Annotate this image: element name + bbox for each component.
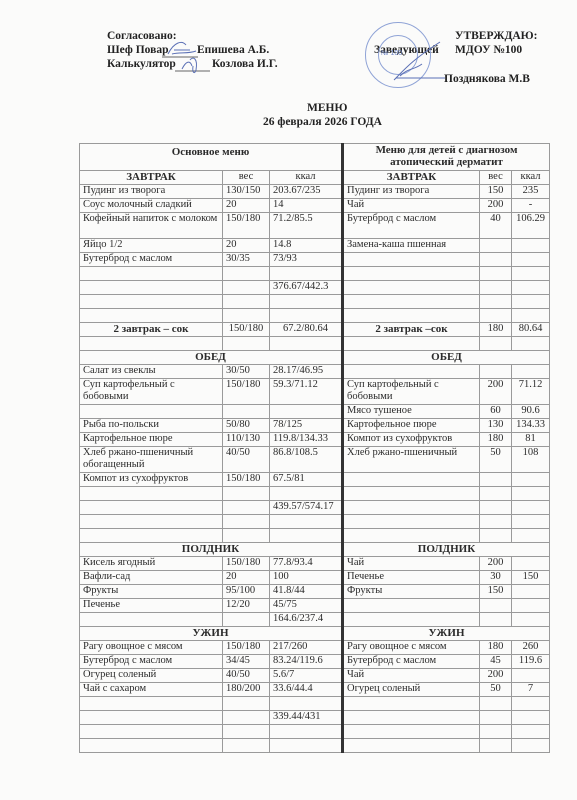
dish-name-diet <box>343 365 480 379</box>
menu-table: Основное меню Меню для детей с диагнозом… <box>79 143 550 753</box>
weight-value-main: 150/180 <box>223 213 270 239</box>
weight-value-main <box>223 697 270 711</box>
weight-value-main <box>223 267 270 281</box>
section-heading-dinner-main: УЖИН <box>80 627 343 641</box>
kcal-value-main: 5.6/7 <box>270 669 343 683</box>
dish-name-main: Чай с сахаром <box>80 683 223 697</box>
weight-value-diet <box>480 267 512 281</box>
kcal-value-diet: 71.12 <box>512 379 550 405</box>
weight-value-main: 130/150 <box>223 185 270 199</box>
weight-value-diet: 40 <box>480 213 512 239</box>
kcal-value-main: 67.5/81 <box>270 473 343 487</box>
weight-value-diet: 200 <box>480 199 512 213</box>
chef-signature-icon <box>160 36 220 76</box>
weight-value-diet <box>480 613 512 627</box>
kcal-value-diet <box>512 309 550 323</box>
kcal-value-diet <box>512 487 550 501</box>
dish-name-main <box>80 309 223 323</box>
kcal-value-main: 100 <box>270 571 343 585</box>
dish-name-main <box>80 725 223 739</box>
kcal-value-main <box>270 515 343 529</box>
dish-name-diet: 2 завтрак –сок <box>343 323 480 337</box>
table-row: Яйцо 1/22014.8Замена-каша пшенная <box>80 239 550 253</box>
weight-value-main <box>223 515 270 529</box>
table-row: Салат из свеклы30/5028.17/46.95 <box>80 365 550 379</box>
dish-name-diet: Чай <box>343 557 480 571</box>
section-heading-dinner-diet: УЖИН <box>343 627 550 641</box>
table-row: Рагу овощное с мясом150/180217/260Рагу о… <box>80 641 550 655</box>
table-row <box>80 725 550 739</box>
weight-value-diet <box>480 739 512 753</box>
table-row: УЖИНУЖИН <box>80 627 550 641</box>
table-row: Бутерброд с маслом30/3573/93 <box>80 253 550 267</box>
table-row: Мясо тушеное6090.6 <box>80 405 550 419</box>
kcal-value-main <box>270 725 343 739</box>
kcal-value-main: 439.57/574.17 <box>270 501 343 515</box>
kcal-value-diet: 134.33 <box>512 419 550 433</box>
kcal-value-diet: 150 <box>512 571 550 585</box>
table-row <box>80 697 550 711</box>
weight-value-diet <box>480 711 512 725</box>
kcal-value-main: 339.44/431 <box>270 711 343 725</box>
table-row: Огурец соленый40/505.6/7Чай200 <box>80 669 550 683</box>
kcal-value-diet <box>512 515 550 529</box>
table-row: Соус молочный сладкий2014Чай200- <box>80 199 550 213</box>
weight-value-diet <box>480 697 512 711</box>
weight-value-main: 50/80 <box>223 419 270 433</box>
dish-name-main: Вафли-сад <box>80 571 223 585</box>
kcal-value-diet: 260 <box>512 641 550 655</box>
table-row: Компот из сухофруктов150/18067.5/81 <box>80 473 550 487</box>
weight-value-diet <box>480 239 512 253</box>
table-row <box>80 487 550 501</box>
dish-name-diet: Бутерброд с маслом <box>343 655 480 669</box>
weight-value-main: 20 <box>223 199 270 213</box>
weight-value-main: 40/50 <box>223 669 270 683</box>
diet-menu-title: Меню для детей с диагнозом атопический д… <box>343 144 550 171</box>
kcal-value-diet <box>512 697 550 711</box>
dish-name-main <box>80 515 223 529</box>
table-row: Рыба по-польски50/8078/125Картофельное п… <box>80 419 550 433</box>
weight-value-diet <box>480 725 512 739</box>
kcal-value-diet: 81 <box>512 433 550 447</box>
dish-name-diet: Хлеб ржано-пшеничный <box>343 447 480 473</box>
weight-value-main: 150/180 <box>223 379 270 405</box>
weight-value-diet: 200 <box>480 379 512 405</box>
dish-name-diet <box>343 697 480 711</box>
dish-name-main <box>80 529 223 543</box>
kcal-value-main <box>270 697 343 711</box>
kcal-value-main <box>270 487 343 501</box>
weight-value-diet: 200 <box>480 557 512 571</box>
table-row: Печенье12/2045/75 <box>80 599 550 613</box>
kcal-value-main <box>270 529 343 543</box>
kcal-value-diet: 119.6 <box>512 655 550 669</box>
dish-name-diet <box>343 295 480 309</box>
dish-name-diet: Огурец соленый <box>343 683 480 697</box>
table-row <box>80 739 550 753</box>
head-name: Позднякова М.В <box>444 73 530 85</box>
dish-name-main: Кисель ягодный <box>80 557 223 571</box>
weight-value-main: 150/180 <box>223 473 270 487</box>
kcal-value-diet <box>512 281 550 295</box>
table-row: 2 завтрак – сок150/18067.2/80.642 завтра… <box>80 323 550 337</box>
dish-name-diet: Пудинг из творога <box>343 185 480 199</box>
dish-name-diet <box>343 267 480 281</box>
dish-name-diet <box>343 529 480 543</box>
kcal-value-diet <box>512 239 550 253</box>
table-row: ПОЛДНИКПОЛДНИК <box>80 543 550 557</box>
weight-value-main: 150/180 <box>223 641 270 655</box>
weight-value-main <box>223 281 270 295</box>
kcal-value-diet <box>512 557 550 571</box>
weight-value-main <box>223 501 270 515</box>
table-row: Хлеб ржано-пшеничный обогащенный40/5086.… <box>80 447 550 473</box>
dish-name-main: Рагу овощное с мясом <box>80 641 223 655</box>
dish-name-main <box>80 487 223 501</box>
weight-value-diet: 30 <box>480 571 512 585</box>
kcal-value-diet <box>512 473 550 487</box>
dish-name-main: Соус молочный сладкий <box>80 199 223 213</box>
kcal-value-main: 73/93 <box>270 253 343 267</box>
table-row: 164.6/237.4 <box>80 613 550 627</box>
kcal-value-main: 164.6/237.4 <box>270 613 343 627</box>
dish-name-main: 2 завтрак – сок <box>80 323 223 337</box>
kcal-value-main: 203.67/235 <box>270 185 343 199</box>
weight-value-main: 150/180 <box>223 323 270 337</box>
kcal-value-main: 33.6/44.4 <box>270 683 343 697</box>
dish-name-diet: Суп картофельный с бобовыми <box>343 379 480 405</box>
table-row: 339.44/431 <box>80 711 550 725</box>
dish-name-diet <box>343 253 480 267</box>
table-row: Бутерброд с маслом34/4583.24/119.6Бутерб… <box>80 655 550 669</box>
table-row <box>80 309 550 323</box>
kcal-value-diet <box>512 337 550 351</box>
dish-name-main: Фрукты <box>80 585 223 599</box>
kcal-value-main <box>270 405 343 419</box>
kcal-value-diet <box>512 669 550 683</box>
kcal-value-diet <box>512 599 550 613</box>
kcal-value-main <box>270 739 343 753</box>
kcal-value-diet <box>512 529 550 543</box>
weight-value-main <box>223 309 270 323</box>
kcal-value-main <box>270 309 343 323</box>
kcal-value-main: 14 <box>270 199 343 213</box>
weight-value-main: 30/35 <box>223 253 270 267</box>
kcal-value-main: 119.8/134.33 <box>270 433 343 447</box>
weight-value-main <box>223 295 270 309</box>
table-row: Кофейный напиток с молоком150/18071.2/85… <box>80 213 550 239</box>
dish-name-diet: Чай <box>343 669 480 683</box>
section-heading-lunch-diet: ОБЕД <box>343 351 550 365</box>
kcal-value-main: 28.17/46.95 <box>270 365 343 379</box>
dish-name-main <box>80 295 223 309</box>
weight-value-diet: 45 <box>480 655 512 669</box>
table-row: 439.57/574.17 <box>80 501 550 515</box>
kcal-value-main: 86.8/108.5 <box>270 447 343 473</box>
dish-name-main <box>80 739 223 753</box>
dish-name-diet <box>343 473 480 487</box>
weight-value-main <box>223 405 270 419</box>
kcal-header-diet: ккал <box>512 171 550 185</box>
dish-name-diet <box>343 711 480 725</box>
table-row <box>80 337 550 351</box>
table-row <box>80 295 550 309</box>
weight-value-diet <box>480 281 512 295</box>
dish-name-main: Салат из свеклы <box>80 365 223 379</box>
weight-value-main: 40/50 <box>223 447 270 473</box>
weight-value-diet <box>480 529 512 543</box>
dish-name-main: Бутерброд с маслом <box>80 253 223 267</box>
weight-value-diet: 130 <box>480 419 512 433</box>
kcal-value-main <box>270 295 343 309</box>
weight-value-main <box>223 725 270 739</box>
dish-name-main: Яйцо 1/2 <box>80 239 223 253</box>
table-row <box>80 529 550 543</box>
dish-name-main <box>80 337 223 351</box>
weight-value-diet <box>480 515 512 529</box>
kcal-value-main <box>270 337 343 351</box>
weight-value-main <box>223 337 270 351</box>
document-title: МЕНЮ <box>307 102 347 114</box>
kcal-value-diet <box>512 711 550 725</box>
dish-name-diet <box>343 515 480 529</box>
weight-value-main: 110/130 <box>223 433 270 447</box>
kcal-value-main: 77.8/93.4 <box>270 557 343 571</box>
kcal-value-diet <box>512 295 550 309</box>
breakfast-heading-diet: ЗАВТРАК <box>343 171 480 185</box>
dish-name-diet <box>343 599 480 613</box>
kcal-value-main <box>270 267 343 281</box>
dish-name-main: Компот из сухофруктов <box>80 473 223 487</box>
weight-header-diet: вес <box>480 171 512 185</box>
kcal-value-diet: 106.29 <box>512 213 550 239</box>
weight-value-diet <box>480 487 512 501</box>
dish-name-diet: Компот из сухофруктов <box>343 433 480 447</box>
kcal-value-diet <box>512 725 550 739</box>
kcal-value-diet <box>512 253 550 267</box>
kcal-value-main: 59.3/71.12 <box>270 379 343 405</box>
breakfast-heading-main: ЗАВТРАК <box>80 171 223 185</box>
dish-name-diet <box>343 337 480 351</box>
kcal-header-main: ккал <box>270 171 343 185</box>
weight-value-main <box>223 739 270 753</box>
kcal-value-main: 78/125 <box>270 419 343 433</box>
approve-label: УТВЕРЖДАЮ: <box>455 30 537 42</box>
table-row: Пудинг из творога130/150203.67/235Пудинг… <box>80 185 550 199</box>
weight-value-main <box>223 711 270 725</box>
kcal-value-main: 376.67/442.3 <box>270 281 343 295</box>
kcal-value-diet <box>512 365 550 379</box>
dish-name-main <box>80 267 223 281</box>
weight-value-diet: 180 <box>480 323 512 337</box>
dish-name-main <box>80 711 223 725</box>
weight-value-diet: 180 <box>480 641 512 655</box>
main-menu-title: Основное меню <box>80 144 343 171</box>
dish-name-diet: Фрукты <box>343 585 480 599</box>
table-row: Фрукты95/10041.8/44Фрукты150 <box>80 585 550 599</box>
table-row: Картофельное пюре110/130119.8/134.33Комп… <box>80 433 550 447</box>
weight-value-diet <box>480 473 512 487</box>
weight-value-main: 30/50 <box>223 365 270 379</box>
kcal-value-main: 14.8 <box>270 239 343 253</box>
dish-name-main: Бутерброд с маслом <box>80 655 223 669</box>
section-heading-lunch-main: ОБЕД <box>80 351 343 365</box>
weight-value-diet <box>480 501 512 515</box>
dish-name-main <box>80 501 223 515</box>
dish-name-diet: Картофельное пюре <box>343 419 480 433</box>
table-row: Вафли-сад20100Печенье30150 <box>80 571 550 585</box>
weight-header-main: вес <box>223 171 270 185</box>
weight-value-main: 20 <box>223 239 270 253</box>
calculator-name: Козлова И.Г. <box>212 58 278 70</box>
kcal-value-diet: 7 <box>512 683 550 697</box>
weight-value-diet <box>480 309 512 323</box>
table-row <box>80 515 550 529</box>
weight-value-main <box>223 613 270 627</box>
weight-value-diet: 150 <box>480 185 512 199</box>
dish-name-diet <box>343 487 480 501</box>
dish-name-diet: Печенье <box>343 571 480 585</box>
table-row: Кисель ягодный150/18077.8/93.4Чай200 <box>80 557 550 571</box>
kcal-value-diet <box>512 267 550 281</box>
weight-value-main: 20 <box>223 571 270 585</box>
weight-value-main: 12/20 <box>223 599 270 613</box>
document-date: 26 февраля 2026 ГОДА <box>263 116 382 128</box>
weight-value-diet <box>480 295 512 309</box>
weight-value-diet: 60 <box>480 405 512 419</box>
weight-value-diet: 50 <box>480 683 512 697</box>
institution-name: МДОУ №100 <box>455 44 522 56</box>
kcal-value-diet: 235 <box>512 185 550 199</box>
kcal-value-diet <box>512 501 550 515</box>
table-row: Чай с сахаром180/20033.6/44.4Огурец соле… <box>80 683 550 697</box>
dish-name-diet: Замена-каша пшенная <box>343 239 480 253</box>
weight-value-main: 180/200 <box>223 683 270 697</box>
table-row: ОБЕДОБЕД <box>80 351 550 365</box>
dish-name-diet: Мясо тушеное <box>343 405 480 419</box>
dish-name-main <box>80 281 223 295</box>
dish-name-main: Хлеб ржано-пшеничный обогащенный <box>80 447 223 473</box>
kcal-value-main: 67.2/80.64 <box>270 323 343 337</box>
table-row: 376.67/442.3 <box>80 281 550 295</box>
kcal-value-diet <box>512 613 550 627</box>
dish-name-main <box>80 697 223 711</box>
dish-name-main: Кофейный напиток с молоком <box>80 213 223 239</box>
kcal-value-diet: 108 <box>512 447 550 473</box>
kcal-value-diet: 80.64 <box>512 323 550 337</box>
dish-name-diet: Бутерброд с маслом <box>343 213 480 239</box>
kcal-value-main: 45/75 <box>270 599 343 613</box>
weight-value-diet: 150 <box>480 585 512 599</box>
weight-value-main: 95/100 <box>223 585 270 599</box>
dish-name-main <box>80 613 223 627</box>
weight-value-main: 150/180 <box>223 557 270 571</box>
section-heading-snack-main: ПОЛДНИК <box>80 543 343 557</box>
weight-value-diet: 50 <box>480 447 512 473</box>
table-row: Суп картофельный с бобовыми150/18059.3/7… <box>80 379 550 405</box>
kcal-value-main: 41.8/44 <box>270 585 343 599</box>
dish-name-diet <box>343 613 480 627</box>
dish-name-diet: Чай <box>343 199 480 213</box>
weight-value-diet: 200 <box>480 669 512 683</box>
kcal-value-diet: - <box>512 199 550 213</box>
kcal-value-main: 217/260 <box>270 641 343 655</box>
kcal-value-diet <box>512 585 550 599</box>
head-signature-icon <box>390 40 450 85</box>
weight-value-main <box>223 487 270 501</box>
weight-value-diet: 180 <box>480 433 512 447</box>
dish-name-main: Рыба по-польски <box>80 419 223 433</box>
dish-name-diet <box>343 501 480 515</box>
dish-name-diet <box>343 725 480 739</box>
dish-name-diet <box>343 309 480 323</box>
dish-name-main: Суп картофельный с бобовыми <box>80 379 223 405</box>
kcal-value-diet: 90.6 <box>512 405 550 419</box>
table-row <box>80 267 550 281</box>
dish-name-main: Печенье <box>80 599 223 613</box>
weight-value-main <box>223 529 270 543</box>
kcal-value-diet <box>512 739 550 753</box>
dish-name-main: Огурец соленый <box>80 669 223 683</box>
weight-value-diet <box>480 365 512 379</box>
weight-value-diet <box>480 253 512 267</box>
kcal-value-main: 83.24/119.6 <box>270 655 343 669</box>
dish-name-main: Картофельное пюре <box>80 433 223 447</box>
section-heading-snack-diet: ПОЛДНИК <box>343 543 550 557</box>
dish-name-diet <box>343 281 480 295</box>
weight-value-diet <box>480 337 512 351</box>
dish-name-diet <box>343 739 480 753</box>
weight-value-diet <box>480 599 512 613</box>
kcal-value-main: 71.2/85.5 <box>270 213 343 239</box>
dish-name-main <box>80 405 223 419</box>
weight-value-main: 34/45 <box>223 655 270 669</box>
dish-name-diet: Рагу овощное с мясом <box>343 641 480 655</box>
dish-name-main: Пудинг из творога <box>80 185 223 199</box>
